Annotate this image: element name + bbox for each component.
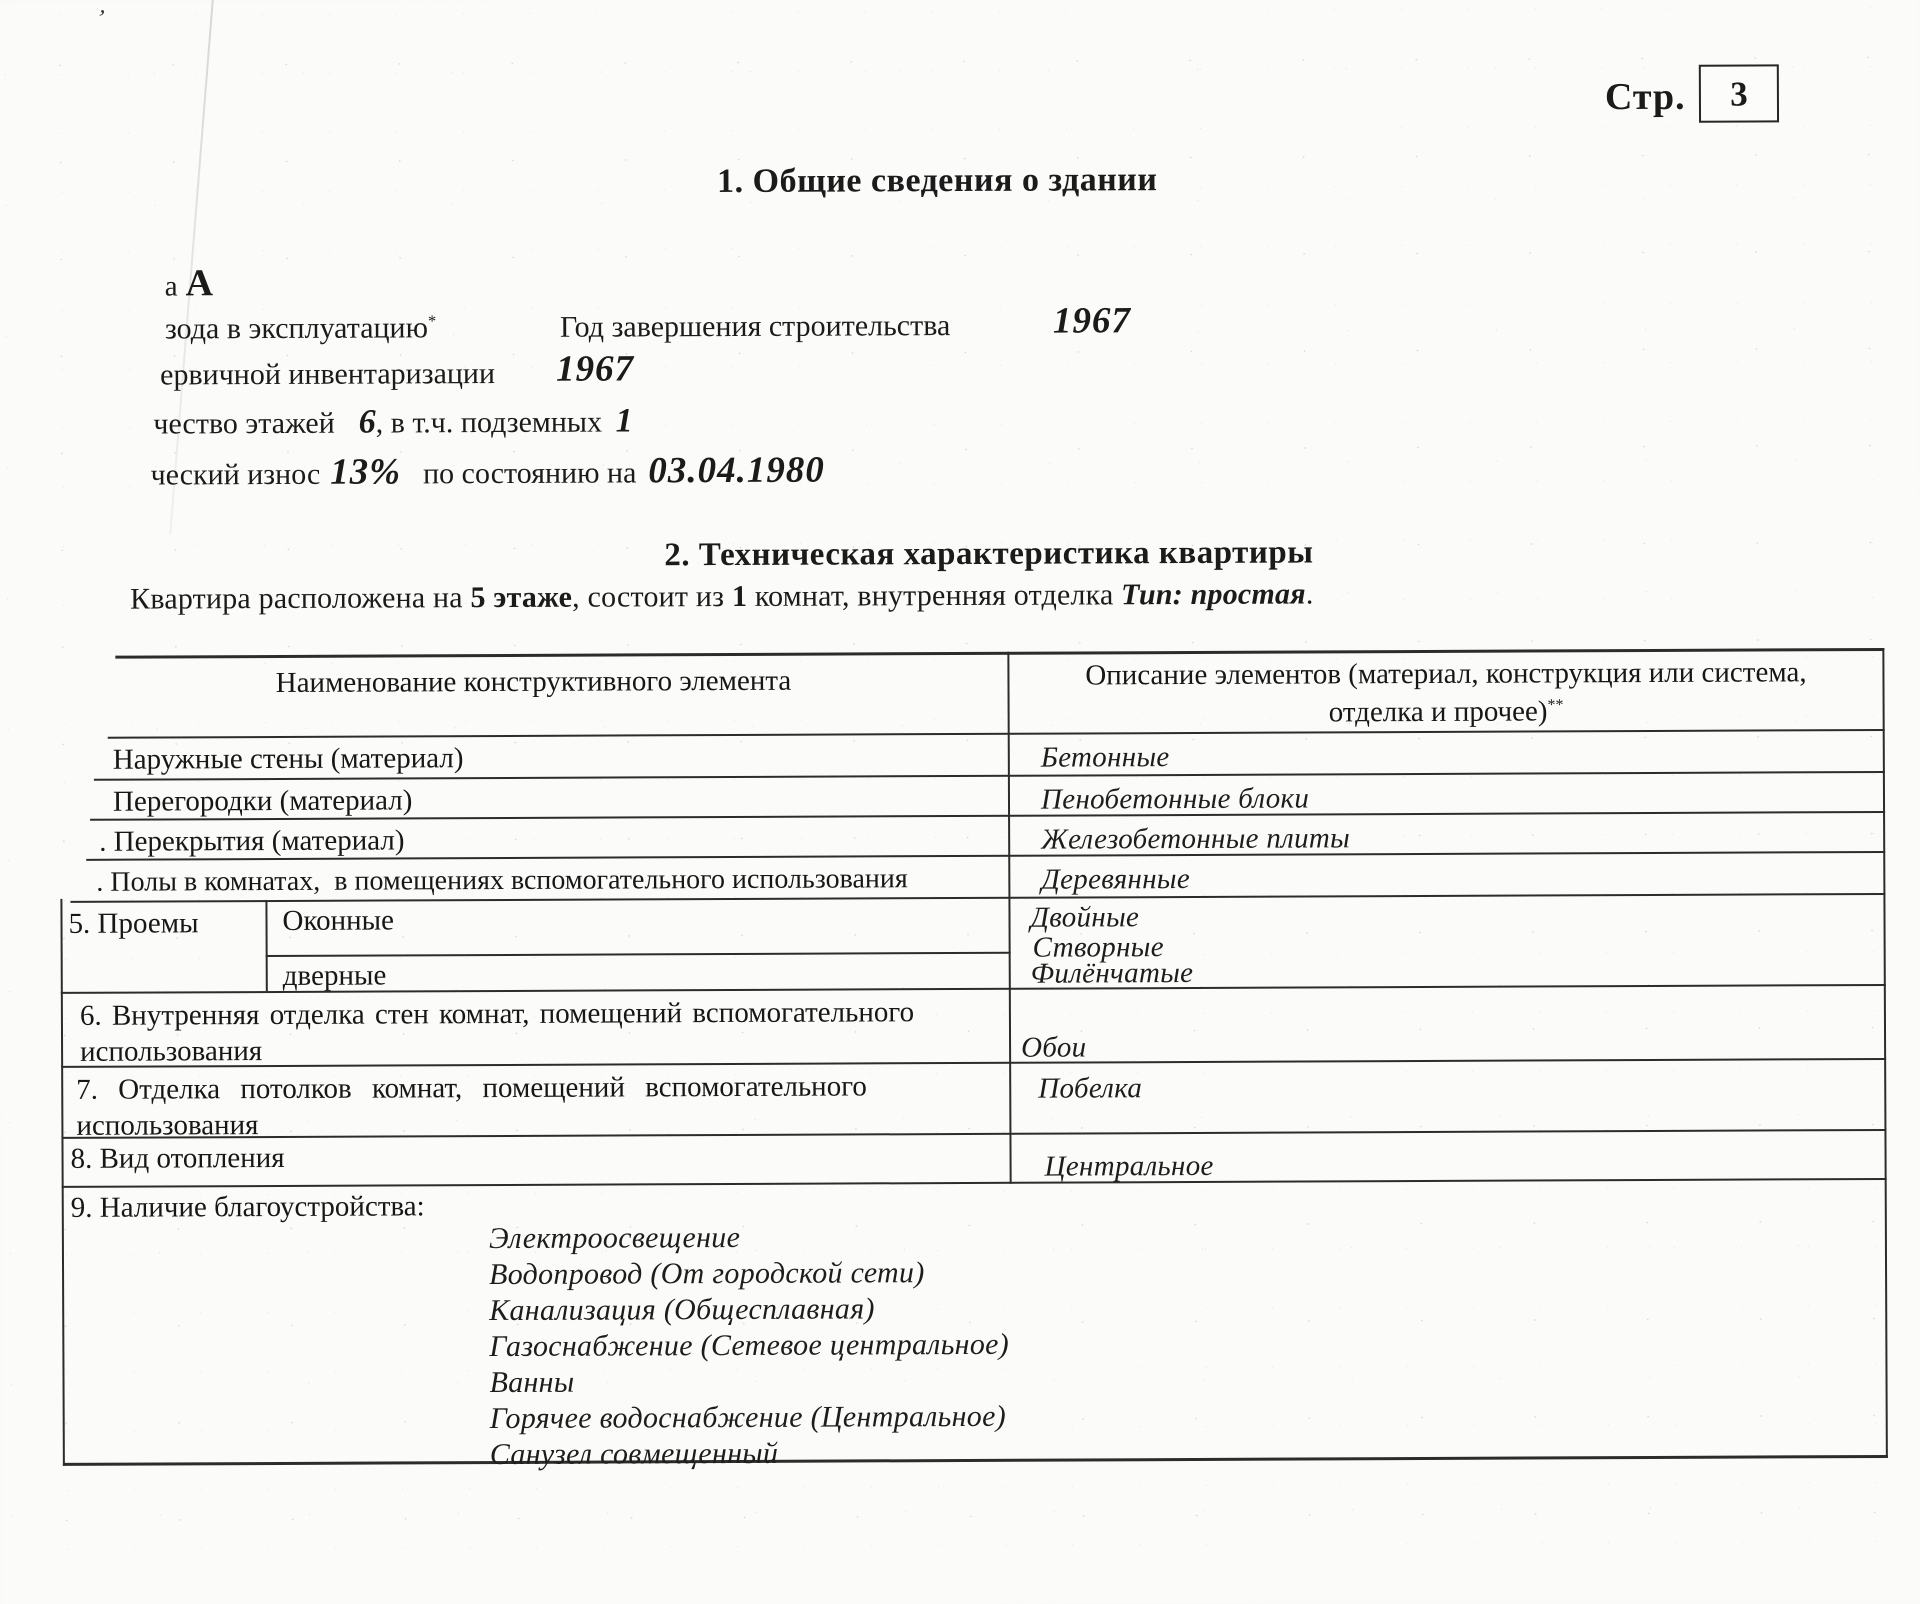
table-header-desc-col-line1: Описание элементов (материал, конструкци…: [1007, 656, 1884, 693]
row-label: . Полы в комнатах, в помещениях вспомога…: [96, 863, 908, 899]
openings-window-label: Оконные: [282, 904, 394, 937]
page-number-box: 3: [1699, 64, 1779, 122]
wear-percent-value: 13%: [330, 451, 401, 492]
amenities-list: Электроосвещение Водопровод (От городско…: [489, 1219, 1010, 1473]
row-value: Пенобетонные блоки: [1041, 782, 1309, 816]
column-divider: [1007, 652, 1011, 1184]
row-label: Наружные стены (материал): [113, 742, 464, 777]
litera-value: А: [186, 262, 214, 304]
section1-title: 1. Общие сведения о здании: [0, 158, 1877, 204]
apartment-intro: Квартира расположена на 5 этаже, состоит…: [130, 577, 1314, 616]
amenities-label: 9. Наличие благоустройства:: [71, 1190, 425, 1225]
double-asterisk: **: [1547, 697, 1563, 714]
row-label-line2: использования: [76, 1109, 258, 1143]
row5-inner-divider: [265, 900, 267, 991]
commissioning-cut-text: зода в эксплуатацию*: [165, 311, 436, 346]
litera-cut-text: а: [165, 270, 178, 302]
scanned-document-page: ’ Стр. 3 1. Общие сведения о здании аА з…: [0, 0, 1920, 1604]
building-litera: аА: [165, 261, 214, 305]
list-item: Канализация (Общесплавная): [489, 1291, 1009, 1329]
row-value: Бетонные: [1041, 741, 1170, 775]
row-value: Обои: [1021, 1031, 1087, 1064]
completion-year-label: Год завершения строительства: [560, 309, 950, 345]
openings-door-value: Филёнчатые: [1031, 957, 1194, 991]
rooms-count-bold: 1: [732, 580, 747, 613]
construction-table: Наименование конструктивного элемента Оп…: [59, 648, 1888, 1466]
row5-sub-divider-line: [266, 952, 1011, 957]
inventory-cut-text: ервичной инвентаризации: [160, 357, 495, 392]
row-label: 5. Проемы: [68, 907, 198, 941]
wear-line: ческий износ13%по состоянию на03.04.1980: [150, 449, 824, 495]
row8-bottom-line: [62, 1178, 1887, 1188]
list-item: Санузел совмещенный: [490, 1435, 1010, 1473]
row-label-line2: использования: [80, 1035, 262, 1069]
row6-bottom-line: [61, 1058, 1886, 1068]
list-item: Горячее водоснабжение (Центральное): [490, 1399, 1010, 1437]
header-bottom-line: [108, 729, 1885, 739]
finish-type-bold: Тип: простая: [1121, 577, 1306, 611]
openings-door-label: дверные: [283, 960, 387, 993]
underground-floors-value: 1: [615, 402, 632, 439]
footnote-asterisk: *: [428, 311, 436, 330]
row-value: Побелка: [1038, 1072, 1142, 1105]
row-label-line1: 6. Внутренняя отделка стен комнат, помещ…: [80, 996, 914, 1033]
row7-bottom-line: [61, 1129, 1886, 1139]
table-border-left: [60, 899, 64, 1466]
page-label: Стр.: [1605, 75, 1686, 119]
row-label: . Перекрытия (материал): [99, 824, 404, 858]
inventory-line: ервичной инвентаризации 1967: [0, 0, 1916, 4]
row-value: Железобетонные плиты: [1041, 822, 1350, 856]
table-border-right: [1882, 648, 1888, 1458]
section2-title: 2. Техническая характеристика квартиры: [99, 532, 1879, 577]
wear-date-value: 03.04.1980: [648, 450, 825, 492]
openings-window-value-line1: Двойные: [1030, 901, 1139, 934]
list-item: Ванны: [489, 1363, 1009, 1401]
row-label: 8. Вид отопления: [70, 1142, 284, 1176]
table-header-desc-col-line2: отделка и прочее)**: [1008, 694, 1885, 731]
inventory-year-value: 1967: [556, 347, 634, 390]
completion-year-value: 1967: [1053, 299, 1131, 342]
floors-line: чество этажей6, в т.ч. подземных 1: [153, 402, 632, 442]
floors-count-value: 6: [359, 404, 376, 441]
row-value: Деревянные: [1041, 863, 1190, 897]
row-label: Перегородки (материал): [113, 784, 413, 818]
row-label-line1: 7. Отделка потолков комнат, помещений вс…: [76, 1070, 867, 1106]
floor-number-bold: 5 этаже: [470, 581, 572, 614]
table-header-name-col: Наименование конструктивного элемента: [59, 664, 1007, 701]
list-item: Водопровод (От городской сети): [489, 1255, 1009, 1293]
row-value: Центральное: [1045, 1150, 1214, 1184]
list-item: Электроосвещение: [489, 1219, 1009, 1257]
commissioning-line: зода в эксплуатацию* Год завершения стро…: [0, 0, 1916, 4]
scan-speck-mark: ’: [93, 5, 107, 33]
list-item: Газоснабжение (Сетевое центральное): [489, 1327, 1009, 1365]
